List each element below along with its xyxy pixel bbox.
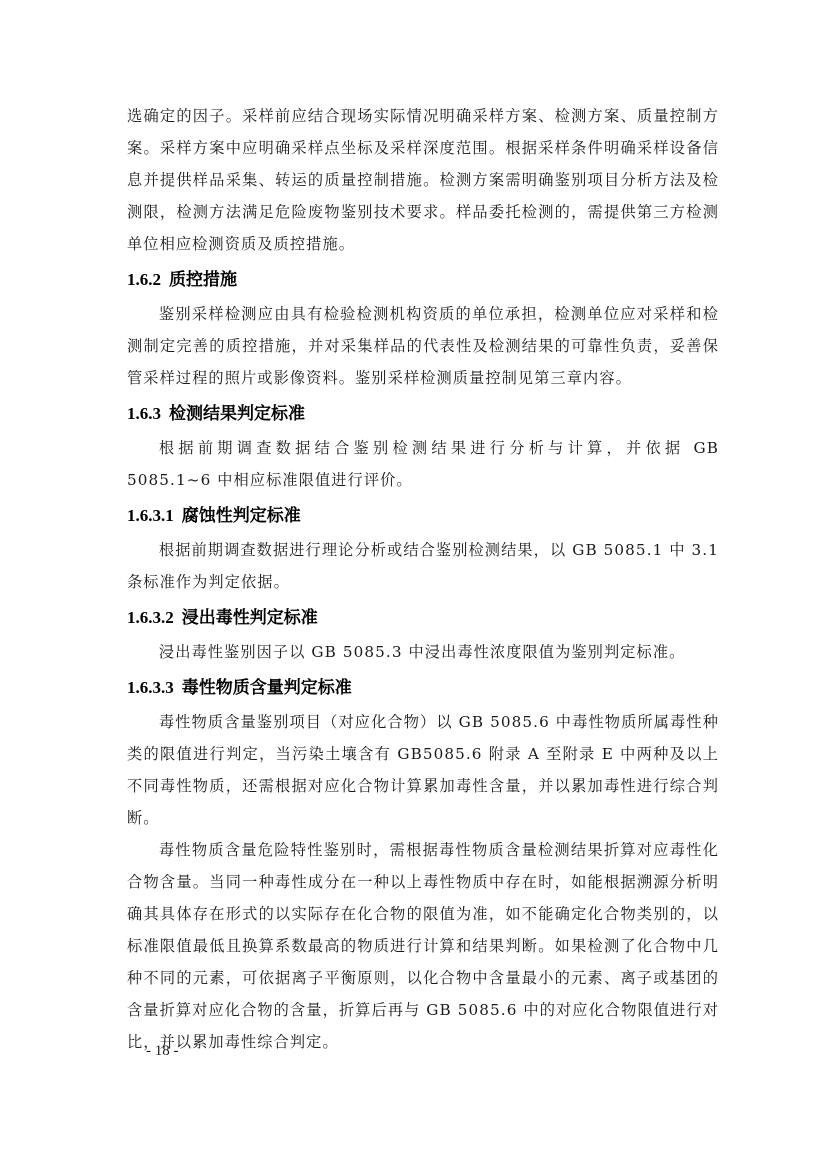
paragraph-toxic-content-1: 毒性物质含量鉴别项目（对应化合物）以 GB 5085.6 中毒性物质所属毒性种类… (127, 706, 719, 834)
paragraph-leaching-toxicity: 浸出毒性鉴别因子以 GB 5085.3 中浸出毒性浓度限值为鉴别判定标准。 (127, 636, 719, 668)
paragraph-sampling-plan: 选确定的因子。采样前应结合现场实际情况明确采样方案、检测方案、质量控制方案。采样… (127, 100, 719, 260)
paragraph-result-standard: 根据前期调查数据结合鉴别检测结果进行分析与计算，并依据 GB 5085.1~6 … (127, 432, 719, 496)
heading-title: 质控措施 (169, 270, 237, 290)
heading-title: 浸出毒性判定标准 (182, 608, 318, 628)
heading-1-6-3-3: 1.6.3.3毒性物质含量判定标准 (127, 670, 719, 706)
heading-number: 1.6.3.3 (127, 678, 174, 697)
paragraph-toxic-content-2: 毒性物质含量危险特性鉴别时，需根据毒性物质含量检测结果折算对应毒性化合物含量。当… (127, 834, 719, 1058)
heading-number: 1.6.3 (127, 404, 161, 423)
heading-1-6-3-2: 1.6.3.2浸出毒性判定标准 (127, 600, 719, 636)
page-number: - 18 - (146, 1043, 179, 1060)
document-page: 选确定的因子。采样前应结合现场实际情况明确采样方案、检测方案、质量控制方案。采样… (127, 100, 719, 1058)
heading-1-6-3-1: 1.6.3.1腐蚀性判定标准 (127, 498, 719, 534)
heading-number: 1.6.3.1 (127, 506, 174, 525)
paragraph-corrosivity: 根据前期调查数据进行理论分析或结合鉴别检测结果，以 GB 5085.1 中 3.… (127, 534, 719, 598)
heading-1-6-2: 1.6.2质控措施 (127, 262, 719, 298)
heading-title: 腐蚀性判定标准 (182, 506, 301, 526)
heading-number: 1.6.2 (127, 270, 161, 289)
heading-title: 毒性物质含量判定标准 (182, 678, 352, 698)
heading-title: 检测结果判定标准 (169, 404, 305, 424)
paragraph-quality-control: 鉴别采样检测应由具有检验检测机构资质的单位承担，检测单位应对采样和检测制定完善的… (127, 298, 719, 394)
heading-number: 1.6.3.2 (127, 608, 174, 627)
heading-1-6-3: 1.6.3检测结果判定标准 (127, 396, 719, 432)
